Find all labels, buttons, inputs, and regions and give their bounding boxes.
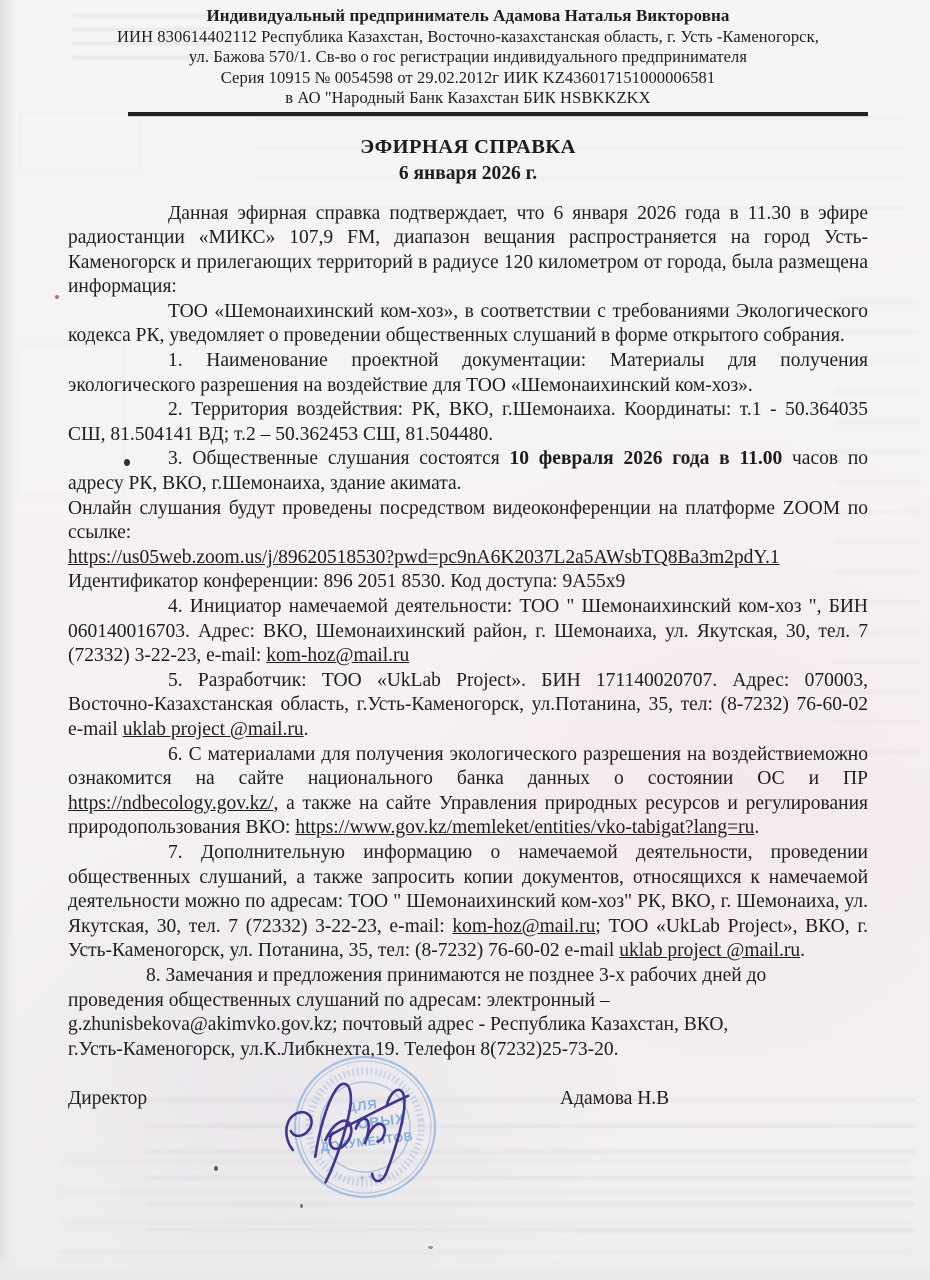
document-date: 6 января 2026 г. (68, 163, 868, 185)
scan-edge-bottom (0, 1256, 930, 1280)
scan-edge-left (0, 0, 16, 1280)
list-item-7: 7. Дополнительную информацию о намечаемо… (68, 841, 868, 964)
letterhead-line-iin: ИИН 830614402112 Республика Казахстан, В… (68, 27, 868, 48)
initiator-email-link: kom-hoz@mail.ru (266, 645, 409, 666)
scan-speck (214, 1166, 218, 1171)
signature-row: Директор Адамова Н.В (68, 1088, 868, 1110)
item7-email-link-1: kom-hoz@mail.ru (452, 916, 595, 937)
item8-line-2: проведения общественных слушаний по адре… (68, 989, 868, 1014)
document-content: Индивидуальный предприниматель Адамова Н… (68, 6, 868, 1110)
document-body: Данная эфирная справка подтверждает, что… (68, 202, 868, 1063)
item3-hearing-date: 10 февраля 2026 года в 11.00 (510, 448, 783, 469)
bleed-through-artifact (145, 1098, 915, 1248)
item5-period: . (304, 719, 309, 740)
letterhead-divider (128, 112, 868, 116)
list-item-4: 4. Инициатор намечаемой деятельности: ТО… (68, 595, 868, 669)
scan-speck (428, 1246, 433, 1249)
scanned-document-page: Индивидуальный предприниматель Адамова Н… (0, 0, 930, 1280)
zoom-link-line: https://us05web.zoom.us/j/89620518530?pw… (68, 546, 868, 571)
bleed-through-artifact (60, 1160, 910, 1255)
online-hearing-note: Онлайн слушания будут проведены посредст… (68, 497, 868, 546)
letterhead-line-series: Серия 10915 № 0054598 от 29.02.2012г ИИК… (68, 68, 868, 89)
item7-email-link-2: uklab project @mail.ru (619, 940, 800, 961)
item7-period: . (800, 940, 805, 961)
item8-line-1: 8. Замечания и предложения принимаются н… (68, 964, 868, 989)
item8-line-4: г.Усть-Каменогорск, ул.К.Либкнехта,19. Т… (68, 1038, 868, 1063)
zoom-meeting-link: https://us05web.zoom.us/j/89620518530?pw… (68, 547, 780, 568)
page-title: ЭФИРНАЯ СПРАВКА (68, 136, 868, 159)
letterhead-line-bank: в АО "Народный Банк Казахстан БИК HSBKKZ… (68, 88, 868, 109)
letterhead: Индивидуальный предприниматель Адамова Н… (68, 6, 868, 109)
list-item-8: 8. Замечания и предложения принимаются н… (68, 964, 868, 1062)
list-item-3: 3. Общественные слушания состоятся 10 фе… (68, 447, 868, 496)
list-item-6: 6. С материалами для получения экологиче… (68, 743, 868, 841)
list-item-1: 1. Наименование проектной документации: … (68, 349, 868, 398)
letterhead-company-name: Индивидуальный предприниматель Адамова Н… (68, 6, 868, 27)
item4-text: 4. Инициатор намечаемой деятельности: ТО… (68, 596, 868, 666)
signature-scribble-icon (274, 1057, 461, 1206)
conference-id-line: Идентификатор конференции: 896 2051 8530… (68, 570, 868, 595)
ndbecology-link: https://ndbecology.gov.kz/ (68, 793, 273, 814)
item8-line-3: g.zhunisbekova@akimvko.gov.kz; почтовый … (68, 1013, 868, 1038)
developer-email-link: uklab project @mail.ru (123, 719, 304, 740)
letterhead-line-address: ул. Бажова 570/1. Св-во о гос регистраци… (68, 47, 868, 68)
document-title-block: ЭФИРНАЯ СПРАВКА 6 января 2026 г. (68, 136, 868, 185)
paragraph-announcement: ТОО «Шемонаихинский ком-хоз», в соответс… (68, 300, 868, 349)
list-item-5: 5. Разработчик: ТОО «UkLab Project». БИН… (68, 669, 868, 743)
paragraph-intro: Данная эфирная справка подтверждает, что… (68, 202, 868, 300)
item6-text: 6. С материалами для получения экологиче… (68, 744, 868, 790)
item6-period: . (754, 817, 759, 838)
scan-speck (55, 295, 59, 299)
list-item-2: 2. Территория воздействия: РК, ВКО, г.Ше… (68, 398, 868, 447)
govkz-link: https://www.gov.kz/memleket/entities/vko… (295, 817, 754, 838)
signatory-name: Адамова Н.В (560, 1088, 669, 1110)
item3-text: 3. Общественные слушания состоятся (168, 448, 510, 469)
